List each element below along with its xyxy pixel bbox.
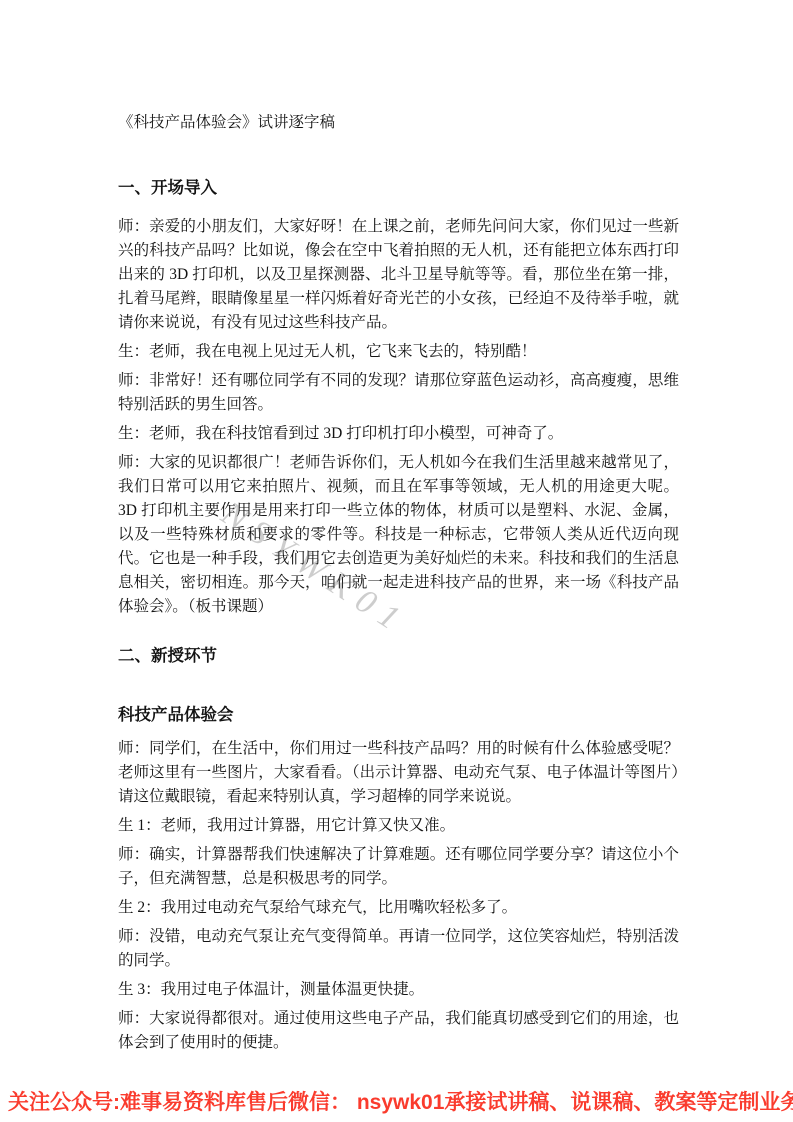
dialogue-paragraph-teacher: 师：非常好！还有哪位同学有不同的发现？请那位穿蓝色运动衫，高高瘦瘦，思维特别活跃… [118,369,679,417]
dialogue-paragraph-student-1: 生 1：老师，我用过计算器，用它计算又快又准。 [118,814,679,838]
footer-services: 承接试讲稿、说课稿、教案等定制业务 [444,1090,793,1115]
dialogue-paragraph-student-2: 生 2：我用过电动充气泵给气球充气，比用嘴吹轻松多了。 [118,896,679,920]
document-title: 《科技产品体验会》试讲逐字稿 [118,112,679,133]
section-2-heading: 二、新授环节 [118,645,679,668]
dialogue-paragraph-student-3: 生 3：我用过电子体温计，测量体温更快捷。 [118,978,679,1002]
section-2-subheading: 科技产品体验会 [118,704,679,727]
dialogue-paragraph-student: 生：老师，我在电视上见过无人机，它飞来飞去的，特别酷！ [118,340,679,364]
footer-promo-bar: 关注公众号:难事易资料库 售后微信： nsywk01 承接试讲稿、说课稿、教案等… [0,1090,793,1115]
footer-official-account: 关注公众号:难事易资料库 [8,1090,246,1115]
dialogue-paragraph-student: 生：老师，我在科技馆看到过 3D 打印机打印小模型，可神奇了。 [118,422,679,446]
dialogue-paragraph-teacher: 师：大家说得都很对。通过使用这些电子产品，我们能真切感受到它们的用途，也体会到了… [118,1007,679,1055]
document-page: 《科技产品体验会》试讲逐字稿 一、开场导入 师：亲爱的小朋友们，大家好呀！在上课… [118,0,679,1060]
section-1-heading: 一、开场导入 [118,177,679,200]
dialogue-paragraph-teacher: 师：大家的见识都很广！老师告诉你们，无人机如今在我们生活里越来越常见了，我们日常… [118,451,679,619]
dialogue-paragraph-teacher: 师：亲爱的小朋友们，大家好呀！在上课之前，老师先问问大家，你们见过一些新兴的科技… [118,215,679,335]
dialogue-paragraph-teacher: 师：没错，电动充气泵让充气变得简单。再请一位同学，这位笑容灿烂，特别活泼的同学。 [118,925,679,973]
footer-wechat-id: 售后微信： nsywk01 [246,1090,444,1115]
dialogue-paragraph-teacher: 师：同学们，在生活中，你们用过一些科技产品吗？用的时候有什么体验感受呢？老师这里… [118,737,679,809]
dialogue-paragraph-teacher: 师：确实，计算器帮我们快速解决了计算难题。还有哪位同学要分享？请这位小个子，但充… [118,843,679,891]
